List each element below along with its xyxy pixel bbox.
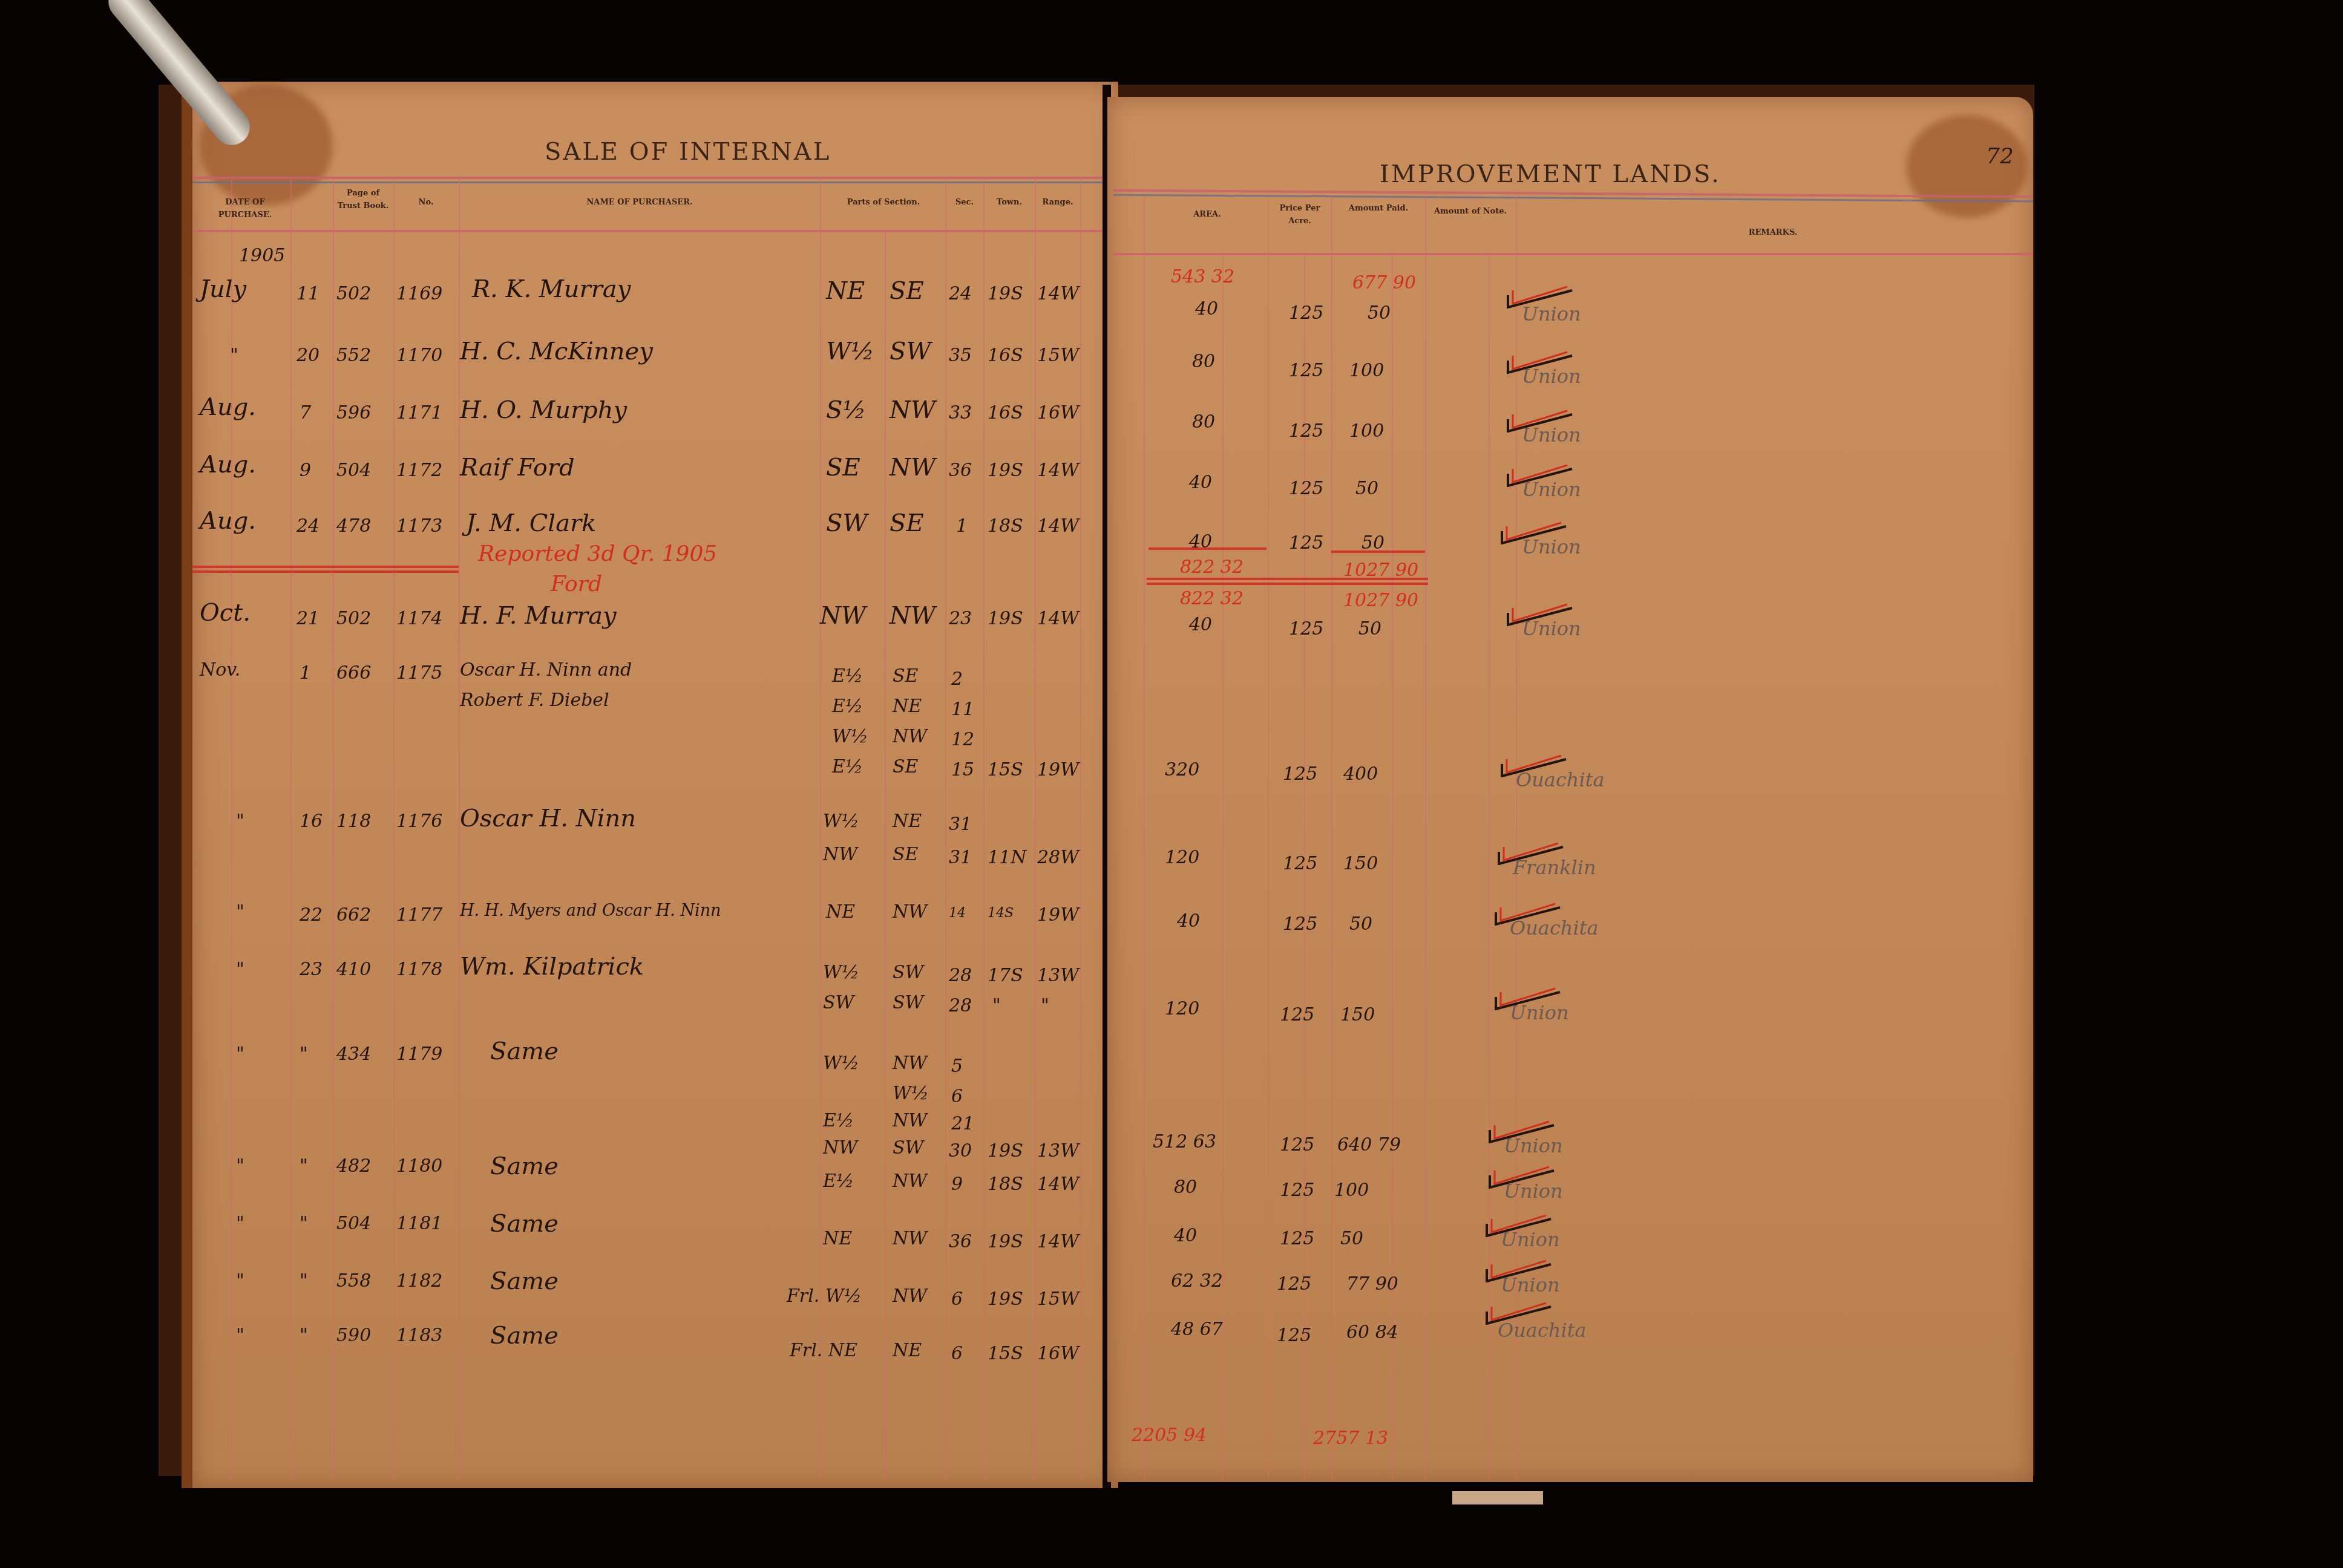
purchaser-name: H. F. Murray: [460, 602, 617, 630]
day: 22: [300, 904, 323, 926]
col-rule: [231, 178, 232, 1479]
sec: 23: [949, 608, 972, 629]
range: 13W: [1037, 1140, 1079, 1161]
part: W½: [826, 338, 874, 365]
remark-county: Union: [1522, 423, 1581, 446]
amount-paid: 60 84: [1346, 1322, 1398, 1343]
town: ": [992, 995, 1001, 1016]
col-rule: [885, 230, 886, 1479]
area: 120: [1165, 998, 1199, 1019]
col-no: No.: [395, 197, 457, 209]
trust-page: 666: [336, 662, 371, 684]
left-page-title: SALE OF INTERNAL: [545, 138, 831, 166]
month: ": [236, 1325, 244, 1346]
part-quarter: NW: [893, 1171, 927, 1192]
town: 15S: [988, 759, 1023, 780]
range: 15W: [1037, 1289, 1079, 1310]
part-quarter: NW: [890, 602, 936, 630]
year: 1905: [239, 245, 285, 266]
part: E½: [832, 665, 863, 687]
purchaser-name: H. C. McKinney: [460, 338, 653, 365]
amount-paid: 100: [1349, 360, 1384, 381]
col-rule: [1331, 197, 1332, 1479]
town: 16S: [988, 402, 1023, 423]
sec: 12: [951, 729, 974, 750]
part-quarter: NW: [893, 1110, 927, 1131]
area: 40: [1189, 614, 1212, 635]
purchaser-name: Oscar H. Ninn: [460, 805, 636, 832]
trust-page: 596: [336, 402, 371, 423]
header-rule-bottom: [192, 230, 1106, 232]
day: 9: [300, 460, 311, 481]
price-per-acre: 125: [1289, 618, 1323, 639]
col-rule: [333, 178, 334, 1479]
day: 11: [297, 283, 319, 304]
amount-paid: 50: [1355, 478, 1378, 499]
town: 19S: [988, 1140, 1023, 1161]
sec: 1: [956, 515, 968, 537]
town: 19S: [988, 1289, 1023, 1310]
entry-no: 1175: [396, 662, 442, 684]
town: 18S: [988, 515, 1023, 537]
col-rule: [1222, 254, 1224, 1479]
sec: 31: [949, 814, 972, 835]
day: ": [300, 1325, 308, 1346]
sec: 5: [951, 1056, 963, 1077]
range: 14W: [1037, 515, 1079, 537]
part-quarter: NW: [893, 1228, 927, 1249]
red-rule: [1331, 550, 1425, 553]
part-quarter: NE: [893, 1340, 922, 1361]
part-quarter: SW: [893, 1137, 923, 1158]
col-rule: [1035, 178, 1036, 1479]
price-per-acre: 125: [1289, 360, 1323, 381]
town: 19S: [988, 608, 1023, 629]
part: NW: [820, 602, 866, 630]
sec: 14: [949, 906, 966, 921]
remark-county: Union: [1501, 1228, 1560, 1251]
price-per-acre: 125: [1280, 1228, 1314, 1249]
col-rule: [1268, 197, 1269, 1479]
amount-paid: 150: [1340, 1004, 1375, 1025]
part-quarter: SE: [890, 277, 924, 305]
part-quarter: SW: [890, 338, 931, 365]
purchaser-name: Same: [490, 1152, 559, 1180]
month: ": [236, 959, 244, 980]
month: ": [236, 1044, 244, 1065]
entry-no: 1173: [396, 515, 442, 537]
month: ": [236, 1155, 244, 1177]
col-rule: [820, 178, 821, 1479]
entry-no: 1176: [396, 811, 442, 832]
remark-county: Ouachita: [1516, 768, 1605, 791]
entry-no: 1182: [396, 1270, 442, 1292]
remark-county: Union: [1501, 1273, 1560, 1296]
month: Aug.: [200, 393, 256, 421]
area: 40: [1189, 472, 1212, 493]
col-town: Town.: [985, 197, 1034, 209]
sec: 6: [951, 1343, 963, 1364]
purchaser-name: H. H. Myers and Oscar H. Ninn: [460, 901, 721, 920]
amount-paid: 50: [1349, 913, 1372, 935]
sec: 33: [949, 402, 972, 423]
col-remarks: REMARKS.: [1519, 227, 2027, 240]
col-rule: [1489, 254, 1490, 1479]
area: 512 63: [1153, 1131, 1216, 1152]
remark-county: Union: [1522, 365, 1581, 388]
entry-no: 1179: [396, 1044, 442, 1065]
month: ": [230, 345, 238, 366]
part-quarter: SE: [890, 509, 924, 537]
amount-paid: 100: [1334, 1180, 1369, 1201]
price-per-acre: 125: [1289, 302, 1323, 324]
range: 14W: [1037, 608, 1079, 629]
range: 14W: [1037, 1231, 1079, 1252]
header-rule-blue: [192, 181, 1106, 183]
month: Aug.: [200, 451, 256, 479]
purchaser-name: Same: [490, 1210, 559, 1238]
part-quarter: NW: [893, 901, 927, 923]
day: 24: [297, 515, 319, 537]
brought-forward-paid: 1027 90: [1343, 590, 1418, 611]
sec: 21: [951, 1113, 974, 1134]
sec: 36: [949, 1231, 972, 1252]
amount-paid: 640 79: [1337, 1134, 1401, 1155]
part-quarter: SE: [893, 665, 918, 687]
sec: 36: [949, 460, 972, 481]
sec: 2: [951, 668, 963, 690]
paper-scrap: [1452, 1491, 1543, 1504]
month: ": [236, 1270, 244, 1292]
header-rule-bottom: [1113, 253, 2033, 255]
entry-no: 1180: [396, 1155, 442, 1177]
day: 20: [297, 345, 319, 366]
sec: 28: [949, 965, 972, 986]
town: 14S: [988, 906, 1014, 921]
col-rule: [1425, 197, 1426, 1479]
price-per-acre: 125: [1280, 1004, 1314, 1025]
trust-page: 662: [336, 904, 371, 926]
part: E½: [832, 756, 863, 777]
right-page-title: IMPROVEMENT LANDS.: [1380, 160, 1721, 188]
month: ": [236, 1213, 244, 1234]
town: 11N: [988, 847, 1026, 868]
part-quarter: SE: [893, 756, 918, 777]
month: ": [236, 811, 244, 832]
carried-paid: 677 90: [1352, 272, 1416, 293]
col-rule: [945, 178, 946, 1479]
day: 7: [300, 402, 311, 423]
col-amount-paid: Amount Paid.: [1332, 203, 1424, 215]
part: E½: [832, 696, 863, 717]
area: 40: [1177, 910, 1200, 932]
part: SW: [826, 509, 868, 537]
col-name: NAME OF PURCHASER.: [460, 197, 819, 209]
remark-county: Franklin: [1513, 856, 1596, 879]
area: 120: [1165, 847, 1199, 868]
trust-page: 410: [336, 959, 371, 980]
remark-county: Union: [1504, 1180, 1563, 1203]
trust-page: 482: [336, 1155, 371, 1177]
entry-no: 1183: [396, 1325, 442, 1346]
town: 16S: [988, 345, 1023, 366]
day: 1: [300, 662, 311, 684]
town: 19S: [988, 283, 1023, 304]
area: 40: [1174, 1225, 1197, 1246]
sec: 35: [949, 345, 972, 366]
part: S½: [826, 396, 866, 424]
price-per-acre: 125: [1283, 913, 1317, 935]
part-quarter: NE: [893, 811, 922, 832]
page-number: 72: [1986, 144, 2014, 169]
remark-county: Ouachita: [1510, 916, 1599, 939]
purchaser-name: Wm. Kilpatrick: [460, 953, 644, 981]
trust-page: 502: [336, 608, 371, 629]
left-page: [182, 82, 1118, 1488]
entry-no: 1169: [396, 283, 442, 304]
amount-paid: 100: [1349, 420, 1384, 442]
part-quarter: NW: [890, 396, 936, 424]
price-per-acre: 125: [1289, 478, 1323, 499]
area: 80: [1192, 411, 1215, 433]
reported-annotation-ford: Ford: [551, 572, 602, 596]
part: E½: [823, 1171, 854, 1192]
part: NE: [826, 901, 855, 923]
range: 14W: [1037, 460, 1079, 481]
entry-no: 1171: [396, 402, 442, 423]
trust-page: 552: [336, 345, 371, 366]
remark-county: Union: [1522, 535, 1581, 558]
day: 21: [297, 608, 319, 629]
purchaser-name: J. M. Clark: [466, 509, 596, 537]
range: 16W: [1037, 1343, 1079, 1364]
sec: 6: [951, 1086, 963, 1107]
carried-area: 543 32: [1171, 266, 1234, 287]
amount-paid: 150: [1343, 853, 1378, 874]
part: W½: [823, 811, 859, 832]
col-rule: [1144, 197, 1145, 1479]
area: 62 32: [1171, 1270, 1223, 1292]
town: 19S: [988, 1231, 1023, 1252]
range: 19W: [1037, 759, 1079, 780]
day: 16: [300, 811, 323, 832]
sec: 15: [951, 759, 974, 780]
month: July: [200, 275, 246, 303]
remark-county: Union: [1522, 478, 1581, 501]
col-rule: [1080, 178, 1081, 1479]
price-per-acre: 125: [1277, 1273, 1311, 1295]
subtotal-area: 822 32: [1180, 557, 1244, 578]
col-price-per-acre: Price Per Acre.: [1269, 203, 1331, 228]
purchaser-name: Same: [490, 1037, 559, 1065]
sec: 30: [949, 1140, 972, 1161]
part-quarter: SW: [893, 992, 923, 1013]
red-double-rule: [1147, 578, 1428, 580]
col-rule: [1392, 254, 1393, 1479]
price-per-acre: 125: [1280, 1180, 1314, 1201]
trust-page: 478: [336, 515, 371, 537]
entry-no: 1177: [396, 904, 442, 926]
red-double-rule: [192, 570, 459, 573]
area: 320: [1165, 759, 1199, 780]
col-rule: [290, 178, 292, 1479]
red-double-rule: [1147, 583, 1428, 585]
part-quarter: W½: [893, 1083, 929, 1104]
trust-page: 504: [336, 1213, 371, 1234]
price-per-acre: 125: [1280, 1134, 1314, 1155]
trust-page: 434: [336, 1044, 371, 1065]
area: 48 67: [1171, 1319, 1223, 1340]
part: W½: [832, 726, 868, 747]
part: NW: [823, 1137, 857, 1158]
price-per-acre: 125: [1289, 532, 1323, 554]
month: Nov.: [200, 659, 240, 681]
part-quarter: NW: [893, 1285, 927, 1307]
sec: 11: [951, 699, 974, 720]
part: W½: [823, 1053, 859, 1074]
part: Frl. NE: [790, 1340, 857, 1361]
amount-paid: 50: [1358, 618, 1381, 639]
price-per-acre: 125: [1283, 853, 1317, 874]
col-amount-of-note: Amount of Note.: [1426, 206, 1515, 218]
range: 14W: [1037, 1174, 1079, 1195]
part: SE: [826, 454, 860, 482]
col-sec: Sec.: [946, 197, 983, 209]
col-trust-page: Page of Trust Book.: [334, 188, 392, 213]
town: 19S: [988, 460, 1023, 481]
day: ": [300, 1044, 308, 1065]
part-quarter: NW: [890, 454, 936, 482]
sec: 31: [949, 847, 972, 868]
col-range: Range.: [1036, 197, 1080, 209]
range: ": [1041, 995, 1049, 1016]
amount-paid: 50: [1368, 302, 1391, 324]
reported-annotation: Reported 3d Qr. 1905: [478, 541, 717, 566]
part-quarter: SW: [893, 962, 923, 983]
range: 16W: [1037, 402, 1079, 423]
remark-county: Union: [1522, 302, 1581, 325]
col-rule: [983, 178, 985, 1479]
sec: 9: [951, 1174, 963, 1195]
purchaser-name: Raif Ford: [460, 454, 575, 482]
trust-page: 558: [336, 1270, 371, 1292]
trust-page: 590: [336, 1325, 371, 1346]
month: Aug.: [200, 507, 256, 535]
price-per-acre: 125: [1289, 420, 1323, 442]
amount-paid: 400: [1343, 763, 1378, 785]
red-double-rule: [192, 566, 459, 568]
sec: 24: [949, 283, 972, 304]
remark-county: Union: [1522, 617, 1581, 640]
price-per-acre: 125: [1277, 1325, 1311, 1346]
area: 80: [1192, 351, 1215, 372]
day: 23: [300, 959, 323, 980]
part: NE: [826, 277, 865, 305]
brought-forward-area: 822 32: [1180, 588, 1244, 609]
month: Oct.: [200, 599, 251, 627]
range: 13W: [1037, 965, 1079, 986]
part: SW: [823, 992, 854, 1013]
sec: 28: [949, 995, 972, 1016]
month: ": [236, 901, 244, 923]
header-rule-top: [192, 177, 1106, 179]
col-date: DATE OF PURCHASE.: [200, 197, 290, 222]
col-area: AREA.: [1147, 209, 1268, 221]
remark-county: Ouachita: [1498, 1319, 1587, 1342]
town: 17S: [988, 965, 1023, 986]
day: ": [300, 1155, 308, 1177]
range: 28W: [1037, 847, 1079, 868]
purchaser-name: R. K. Murray: [472, 275, 631, 303]
grand-total-paid: 2757 13: [1313, 1428, 1388, 1449]
purchaser-name: Same: [490, 1322, 559, 1350]
remark-county: Union: [1504, 1134, 1563, 1157]
part: E½: [823, 1110, 854, 1131]
part-quarter: SE: [893, 844, 918, 865]
area: 80: [1174, 1177, 1197, 1198]
col-parts: Parts of Section.: [823, 197, 944, 209]
entry-no: 1172: [396, 460, 442, 481]
area: 40: [1195, 298, 1218, 319]
range: 19W: [1037, 904, 1079, 926]
part-quarter: NE: [893, 696, 922, 717]
trust-page: 502: [336, 283, 371, 304]
price-per-acre: 125: [1283, 763, 1317, 785]
red-rule: [1149, 547, 1267, 550]
range: 14W: [1037, 283, 1079, 304]
entry-no: 1181: [396, 1213, 442, 1234]
remark-county: Union: [1510, 1001, 1569, 1024]
entry-no: 1178: [396, 959, 442, 980]
range: 15W: [1037, 345, 1079, 366]
trust-page: 504: [336, 460, 371, 481]
col-rule: [393, 178, 395, 1479]
part: Frl. W½: [787, 1285, 862, 1307]
entry-no: 1174: [396, 608, 442, 629]
part: NW: [823, 844, 857, 865]
trust-page: 118: [336, 811, 371, 832]
amount-paid: 77 90: [1346, 1273, 1398, 1295]
part: NE: [823, 1228, 852, 1249]
purchaser-name: Oscar H. Ninn and: [460, 659, 632, 681]
part-quarter: NW: [893, 1053, 927, 1074]
day: ": [300, 1270, 308, 1292]
entry-no: 1170: [396, 345, 442, 366]
amount-paid: 50: [1340, 1228, 1363, 1249]
day: ": [300, 1213, 308, 1234]
town: 18S: [988, 1174, 1023, 1195]
purchaser-name: H. O. Murphy: [460, 396, 627, 424]
sec: 6: [951, 1289, 963, 1310]
part: W½: [823, 962, 859, 983]
grand-total-area: 2205 94: [1132, 1425, 1207, 1446]
purchaser-name-2: Robert F. Diebel: [460, 690, 609, 711]
purchaser-name: Same: [490, 1267, 559, 1295]
town: 15S: [988, 1343, 1023, 1364]
part-quarter: NW: [893, 726, 927, 747]
